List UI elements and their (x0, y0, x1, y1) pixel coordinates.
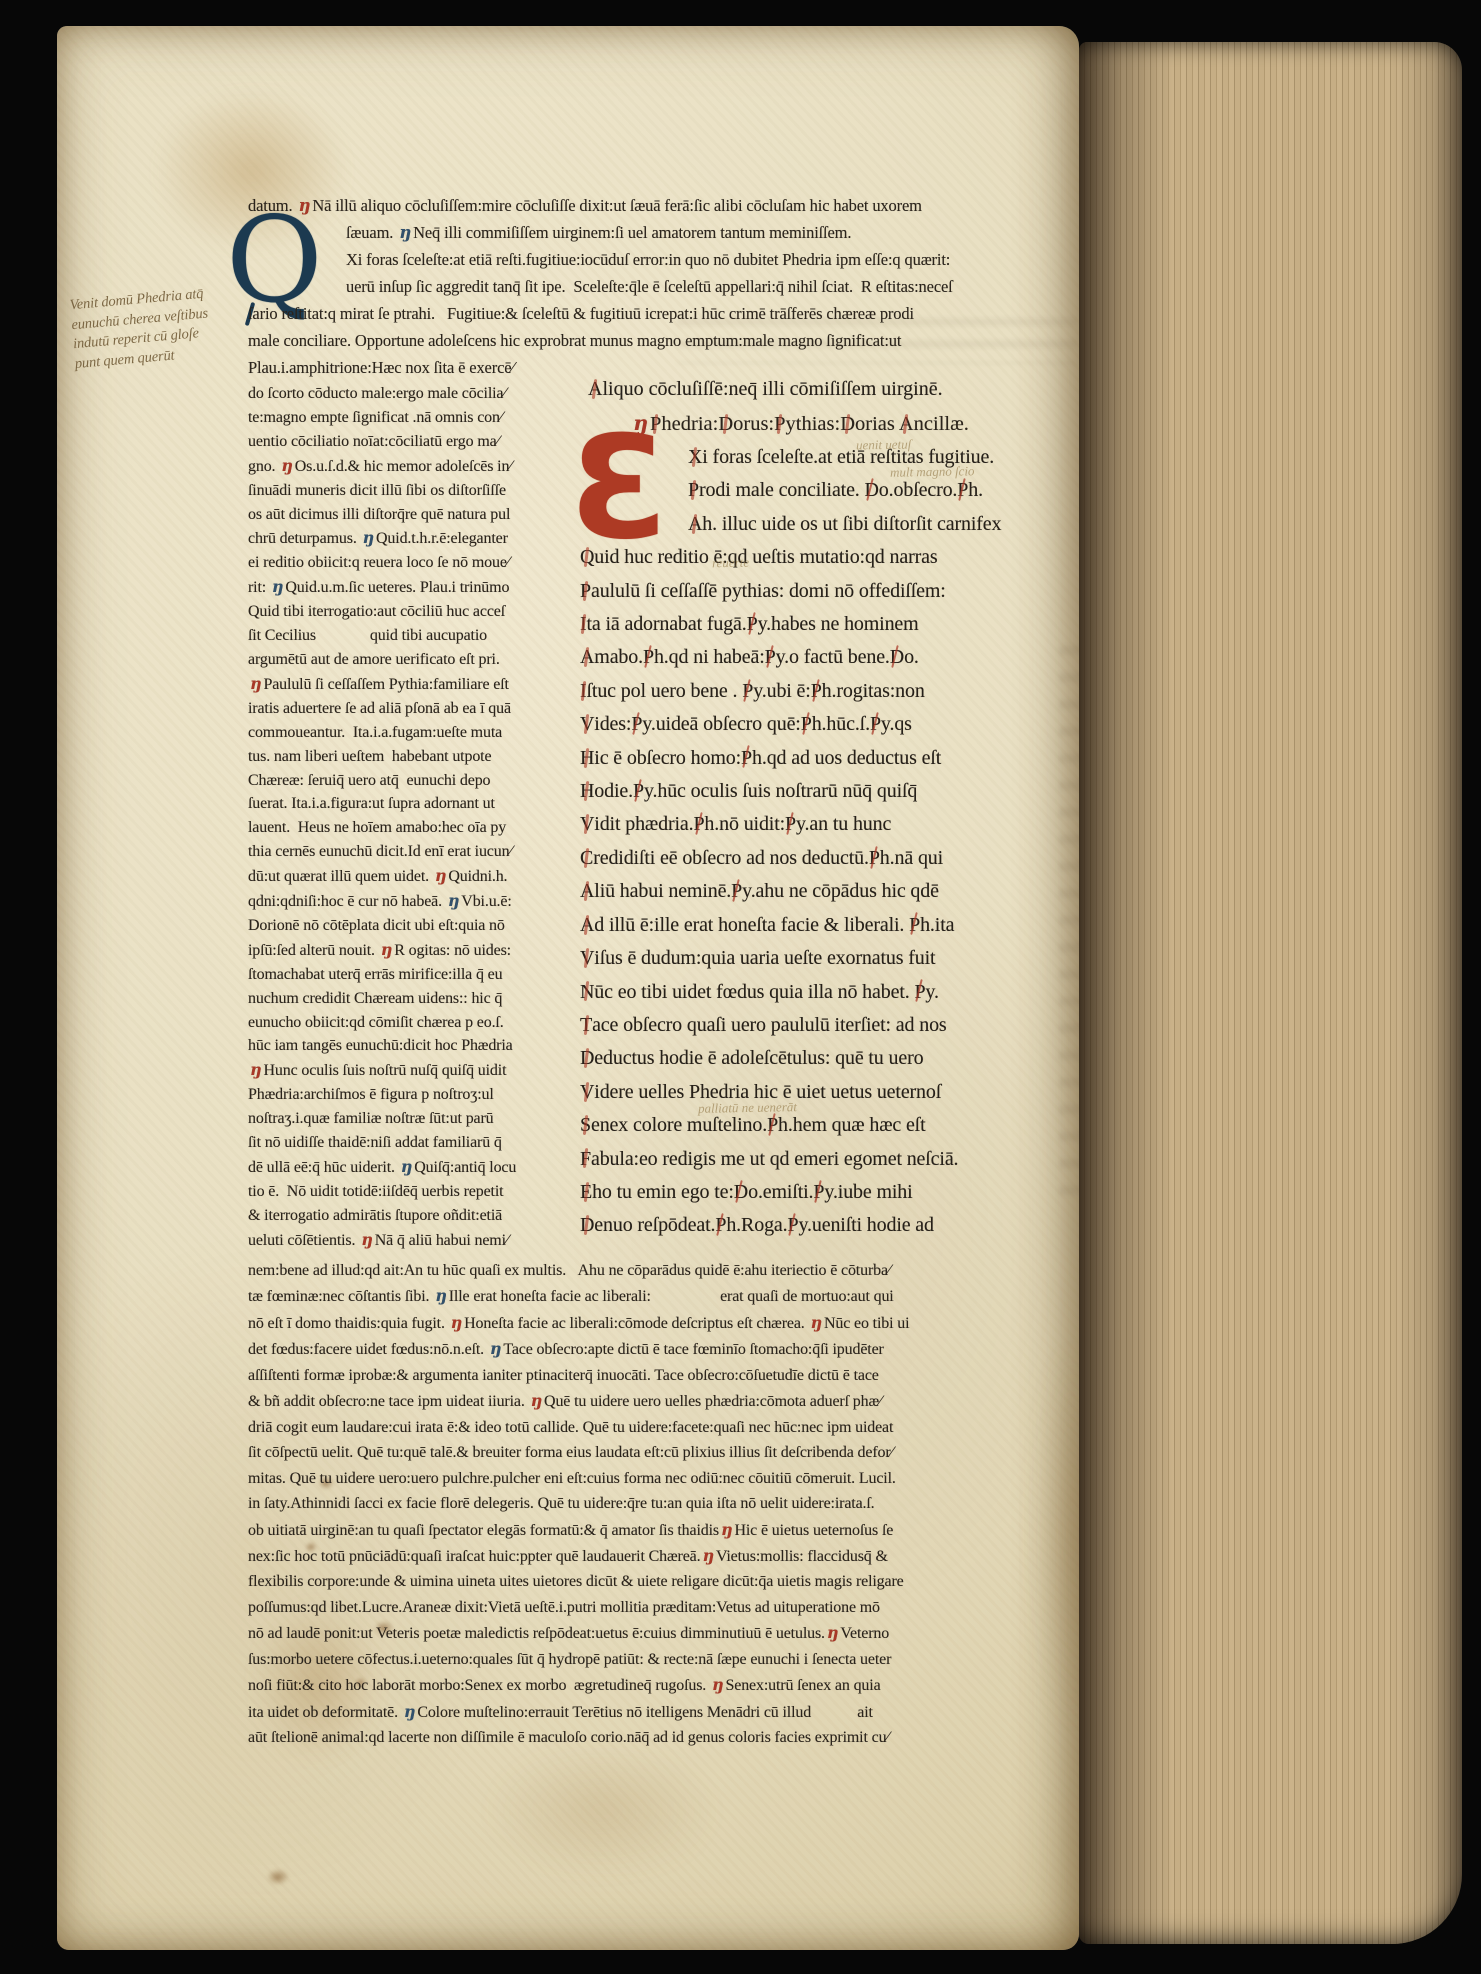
speaker-abbrev: Ph. (811, 680, 837, 702)
text-line: argumētū aut de amore uerificato eſt pri… (248, 648, 588, 672)
text-line: nex:ſic hoc totū pnūciādū:quaſi iraſcat … (248, 1543, 1042, 1569)
paraph-mark-red: ŋ (721, 1520, 732, 1539)
speaker-abbrev: Ph. (767, 1114, 793, 1136)
text-line: Xi foras ſceleſte:at etiā reſti.fugitiue… (248, 246, 1022, 273)
text-line: Phædria:archiſmos ē figura p noſtroʒ:ul (248, 1083, 588, 1107)
rubricated-capital: A (580, 914, 594, 936)
text-line: noſtraʒ.i.quæ familiæ noſtræ ſūt:ut parū (248, 1107, 588, 1131)
text-line: Iſtuc pol uero bene . Py.ubi ē:Ph.rogita… (580, 675, 1020, 708)
paraph-mark-red: ŋ (435, 866, 446, 885)
paraph-mark-red: ŋ (250, 1060, 261, 1079)
rubricated-capital: D (580, 1047, 594, 1069)
text-line: ſtomachabat uterq̄ errās mirifice:illa q… (248, 963, 588, 987)
text-line: mitas. Quē tu uidere uero:uero pulchre.p… (248, 1466, 1042, 1491)
rubricated-capital: D (580, 1214, 594, 1236)
text-line: ſinuādi muneris dicit illū ſibi os diſto… (248, 479, 588, 503)
rubricated-capital: A (580, 880, 594, 902)
text-line: ſæuam. ŋNeq̄ illi commiſiſſem uirginem:ſ… (248, 219, 1022, 246)
text-line: nō ad laudē ponit:ut Veteris poetæ maled… (248, 1620, 1042, 1646)
text-line: ſit cōſpectū uelit. Quē tu:quē talē.& br… (248, 1440, 1042, 1465)
text-line: & bñ addit obſecro:ne tace ipm uideat ii… (248, 1388, 1042, 1414)
rubricated-capital: I (580, 680, 587, 702)
text-line: Viſus ē dudum:quia uaria ueſte exornatus… (580, 942, 1020, 975)
text-line: flexibilis corpore:unde & uimina uineta … (248, 1569, 1042, 1594)
text-line: Denuo reſpōdeat.Ph.Roga.Py.ueniſti hodie… (580, 1209, 1020, 1242)
paraph-mark-red: ŋ (827, 1623, 838, 1642)
text-line: nem:bene ad illud:qd ait:An tu hūc quaſi… (248, 1258, 1042, 1283)
fore-edge-stack (1079, 42, 1462, 1944)
text-line: Hodie.Py.hūc oculis ſuis noſtrarū nūq̄ q… (580, 775, 1020, 808)
paraph-mark-blue: ŋ (272, 577, 283, 596)
text-line: ipſū:ſed alterū nouit. ŋR ogitas: nō uid… (248, 938, 588, 963)
paraph-mark-red: ŋ (281, 456, 292, 475)
speaker-abbrev: Py. (785, 813, 809, 835)
text-line: tus. nam liberi ueſtem habebant utpote (248, 745, 588, 769)
text-line: ei reditio obiicit:q reuera loco ſe nō m… (248, 551, 588, 575)
text-line: Paululū ſi ceſſaſſē pythias: domi nō off… (580, 575, 1020, 608)
text-line: ob uitiatā uirginē:an tu quaſi ſpectator… (248, 1517, 1042, 1543)
paraph-mark-red: ŋ (531, 1391, 542, 1410)
rubricated-capital: A (899, 413, 914, 435)
speaker-abbrev: Ph. (869, 847, 895, 869)
text-line: ſario reſtitat:q mirat ſe ptrahi. Fugiti… (248, 300, 1022, 327)
rubricated-capital: H (580, 747, 594, 769)
rubricated-capital: N (580, 981, 594, 1003)
rubricated-capital: S (580, 1114, 591, 1136)
text-line: Ita iā adornabat fugā.Py.habes ne homine… (580, 608, 1020, 641)
text-line: uentio cōciliatio noīat:cōciliatū ergo m… (248, 430, 588, 454)
speaker-abbrev: Ph. (741, 747, 767, 769)
rubricated-capital: P (688, 479, 699, 501)
interlinear-gloss: uenit uetuſ (856, 437, 912, 454)
text-line: nō eſt ī domo thaidis:quia fugit. ŋHoneſ… (248, 1310, 1042, 1336)
rubricated-capital: Q (580, 546, 594, 568)
rubricated-capital: V (580, 947, 594, 969)
rubricated-capital: X (688, 446, 702, 468)
speaker-abbrev: Do. (865, 479, 894, 501)
rubricated-capital: A (688, 513, 702, 535)
text-line: Hic ē obſecro homo:Ph.qd ad uos deductus… (580, 742, 1020, 775)
paraph-mark-blue: ŋ (401, 1157, 412, 1176)
text-line: poſſumus:qd libet.Lucre.Araneæ dixit:Vie… (248, 1595, 1042, 1620)
paraph-mark-blue: ŋ (404, 1702, 415, 1721)
rubricated-capital: D (840, 413, 855, 435)
text-line: dē ullā eē:q̄ hūc uiderit. ŋQuiſq̄:antiq… (248, 1155, 588, 1180)
drop-cap-e: Ɛ (570, 434, 669, 544)
text-line: gno. ŋOs.u.ſ.d.& hic memor adoleſcēs in⁄ (248, 454, 588, 479)
text-line: ſit Cecilius quid tibi aucupatio (248, 624, 588, 648)
paraph-mark-blue: ŋ (435, 1286, 446, 1305)
text-line: & iterrogatio admirātis ſtupore oñdit:et… (248, 1204, 588, 1228)
text-line: lauent. Heus ne hoīem amabo:hec oīa py (248, 816, 588, 840)
text-line: eunucho obiicit:qd cōmiſit chærea p eo.ſ… (248, 1011, 588, 1035)
text-line: noſi fiūt:& cito hoc laborāt morbo:Senex… (248, 1672, 1042, 1698)
bottom-commentary-block: nem:bene ad illud:qd ait:An tu hūc quaſi… (248, 1258, 1042, 1751)
text-line: Chæreæ: ſeruiq̄ uero atq̄ eunuchi depo (248, 769, 588, 793)
speaker-abbrev: Do. (734, 1181, 763, 1203)
photo-backdrop: { "page": { "colors": { "parchment": "#e… (0, 0, 1481, 1974)
speaker-abbrev: Py. (742, 680, 766, 702)
top-commentary-block: datum. ŋNā illū aliquo cōcluſiſſem:mire … (248, 192, 1022, 381)
speaker-abbrev: Ph. (909, 914, 935, 936)
speaker-abbrev: Py. (870, 713, 894, 735)
paraph-mark-red: ŋ (810, 1313, 821, 1332)
rubricated-capital: A (580, 646, 594, 668)
text-line: commoueantur. Ita.i.a.fugam:ueſte muta (248, 721, 588, 745)
rubricated-capital: E (580, 1181, 592, 1203)
paraph-mark-blue: ŋ (448, 891, 459, 910)
rubricated-capital: P (580, 580, 591, 602)
text-line: Quid tibi iterrogatio:aut cōciliū huc ac… (248, 600, 588, 624)
text-line: Nūc eo tibi uidet fœdus quia illa nō hab… (580, 976, 1020, 1009)
text-line: Videre uelles Phedria hic ē uiet uetus u… (580, 1076, 1020, 1109)
text-line: ſit nō uidiſſe thaidē:niſi addat familia… (248, 1131, 588, 1155)
rubricated-capital: V (580, 1081, 594, 1103)
paraph-mark-red: ŋ (250, 674, 261, 693)
rubricated-capital: P (774, 413, 785, 435)
paraph-mark-red: ŋ (298, 196, 310, 215)
text-line: do ſcorto cōducto male:ergo male cōcilia… (248, 382, 588, 406)
text-line: ſuerat. Ita.i.a.figura:ut ſupra adornant… (248, 792, 588, 816)
speaker-abbrev: Ph. (693, 813, 719, 835)
text-line: tæ fœminæ:nec cōſtantis ſibi. ŋIlle erat… (248, 1283, 1042, 1309)
speaker-abbrev: Py. (813, 1181, 837, 1203)
text-line: aūt ſtelionē animal:qd lacerte non diſſi… (248, 1725, 1042, 1750)
rubricated-capital: A (588, 378, 602, 400)
rubricated-capital: D (718, 413, 733, 435)
text-line: driā cogit eum laudare:cui irata ē:& ide… (248, 1415, 1042, 1440)
text-line: qdni:qdniſi:hoc ē cur nō habeā. ŋVbi.u.ē… (248, 889, 588, 914)
margin-handwritten-note: Venit domū Phedria atq̄eunuchū cherea ve… (69, 280, 265, 374)
text-line: aſſiſtenti formæ iprobæ:& argumenta iani… (248, 1363, 1042, 1388)
speaker-abbrev: Py. (765, 646, 789, 668)
text-line: uerū inſup ſic aggredit tanq̄ ſit ipe. S… (248, 273, 1022, 300)
text-line: iratis aduertere ſe ad aliā pſonā ab ea … (248, 697, 588, 721)
text-line: Senex colore muſtelino.Ph.hem quæ hæc eſ… (580, 1109, 1020, 1142)
paraph-mark-blue: ŋ (490, 1339, 501, 1358)
paraph-mark-blue: ŋ (363, 528, 374, 547)
text-line: Fabula:eo redigis me ut qd emeri egomet … (580, 1143, 1020, 1176)
rubricated-capital: C (580, 847, 593, 869)
text-line: hūc iam tangēs eunuchū:dicit hoc Phædria (248, 1034, 588, 1058)
text-line: Aliū habui neminē.Py.ahu ne cōpādus hic … (580, 875, 1020, 908)
text-line: Vides:Py.uideā obſecro quē:Ph.hūc.ſ.Py.q… (580, 708, 1020, 741)
text-line: Dorionē nō cōtēplata dicit ubi eſt:quia … (248, 914, 588, 938)
speaker-abbrev: Py. (788, 1214, 812, 1236)
paraph-mark-red: ŋ (381, 940, 392, 959)
speaker-abbrev: Py. (914, 981, 938, 1003)
rubricated-capital: H (580, 780, 594, 802)
text-line: nuchum credidit Chæream uidens:: hic q̄ (248, 987, 588, 1011)
text-line: male conciliare. Opportune adoleſcens hi… (248, 327, 1022, 354)
text-line: ita uidet ob deformitatē. ŋColore muſtel… (248, 1699, 1042, 1725)
text-line: ſus:morbo uetere cōfectus.i.ueterno:qual… (248, 1647, 1042, 1672)
speaker-abbrev: Py. (747, 613, 771, 635)
text-line: ŋPaululū ſi ceſſaſſem Pythia:familiare e… (248, 672, 588, 697)
text-line: ŋHunc oculis ſuis noſtrū nuſq̄ quiſq̄ ui… (248, 1058, 588, 1083)
rubricated-capital: I (580, 613, 587, 635)
text-line: rit: ŋQuid.u.m.ſic ueteres. Plau.i trinū… (248, 575, 588, 600)
speaker-abbrev: Ph. (643, 646, 669, 668)
text-line: te:magno empte ſignificat .nā omnis con⁄ (248, 406, 588, 430)
speaker-abbrev: Ph. (715, 1214, 741, 1236)
verse-column: Aliquo cōcluſiſſē:neq̄ illi cōmiſiſſem u… (580, 372, 1020, 1243)
interlinear-gloss: mult magno ſcio (890, 463, 975, 480)
text-line: dū:ut quærat illū quem uidet. ŋQuidni.h. (248, 864, 588, 889)
interlinear-gloss: palliatū ne uenerāt (698, 1099, 797, 1117)
speaker-abbrev: Ph. (957, 479, 983, 501)
text-line: Ad illū ē:ille erat honeſta facie & libe… (580, 909, 1020, 942)
text-line: tio ē. Nō uidit totidē:iiſdēq̄ uerbis re… (248, 1180, 588, 1204)
left-commentary-column: do ſcorto cōducto male:ergo male cōcilia… (248, 382, 588, 1253)
text-line: ueluti cōſētientis. ŋNā q̄ aliū habui ne… (248, 1228, 588, 1253)
rubricated-capital: T (580, 1014, 592, 1036)
speaker-abbrev: Py. (731, 880, 755, 902)
text-line: Amabo.Ph.qd ni habeā:Py.o factū bene.Do. (580, 641, 1020, 674)
text-line: Tace obſecro quaſi uero paululū iterſiet… (580, 1009, 1020, 1042)
rubricated-capital: F (580, 1148, 591, 1170)
rubricated-capital: V (580, 813, 594, 835)
text-line: det fœdus:facere uidet fœdus:nō.n.eſt. ŋ… (248, 1336, 1042, 1362)
paraph-mark-red: ŋ (702, 1546, 713, 1565)
speaker-abbrev: Py. (633, 780, 657, 802)
paraph-mark-blue: ŋ (399, 223, 411, 242)
rubricated-capital: V (580, 713, 594, 735)
speaker-abbrev: Do. (890, 646, 919, 668)
text-line: datum. ŋNā illū aliquo cōcluſiſſem:mire … (248, 192, 1022, 219)
speaker-abbrev: Py. (631, 713, 655, 735)
text-line: os aūt dicimus illi diſtorq̄re quē natur… (248, 503, 588, 527)
interlinear-gloss: reuerte (712, 555, 749, 572)
text-line: Deductus hodie ē adoleſcētulus: quē tu u… (580, 1042, 1020, 1075)
text-line: thia cernēs eunuchū dicit.Id enī erat iu… (248, 840, 588, 864)
text-line: Eho tu emin ego te:Do.emiſti.Py.iube mih… (580, 1176, 1020, 1209)
text-line: in ſaty.Athinnidi ſacci ex facie florē d… (248, 1491, 1042, 1516)
text-line: Credidiſti eē obſecro ad nos deductū.Ph.… (580, 842, 1020, 875)
verse-intro-line: Aliquo cōcluſiſſē:neq̄ illi cōmiſiſſem u… (580, 372, 1020, 406)
text-line: chrū deturpamus. ŋQuid.t.h.r.ē:eleganter (248, 526, 588, 551)
foxing-spot (263, 1866, 293, 1888)
speaker-abbrev: Ph. (801, 713, 827, 735)
paraph-mark-red: ŋ (712, 1675, 723, 1694)
paraph-mark-red: ŋ (451, 1313, 462, 1332)
text-line: Vidit phædria.Ph.nō uidit:Py.an tu hunc (580, 808, 1020, 841)
paraph-mark-red: ŋ (361, 1230, 372, 1249)
